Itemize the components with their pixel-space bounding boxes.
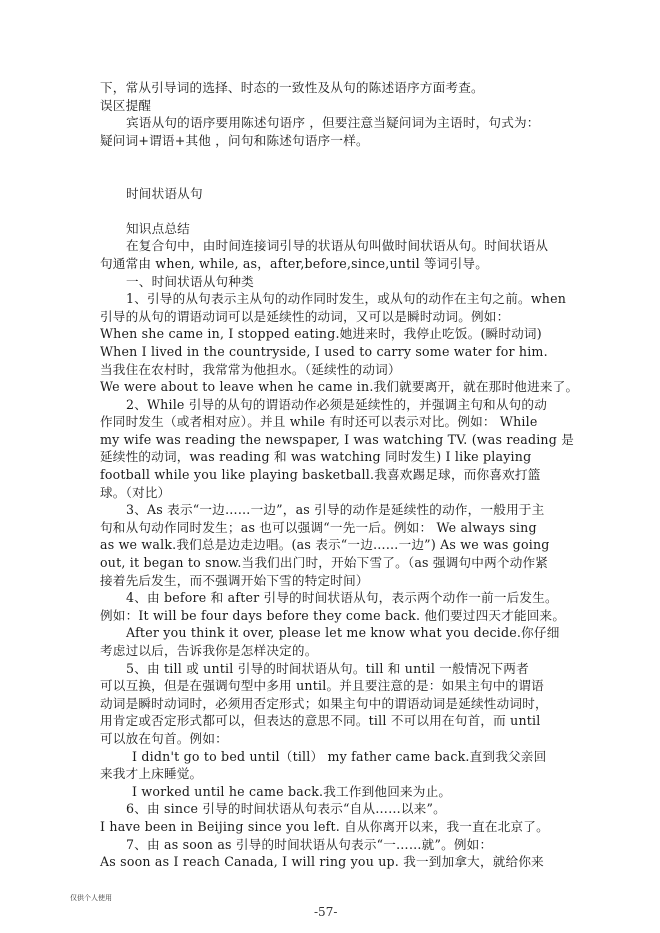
text-line: 3、As 表示“一边……一边”，as 引导的动作是延续性的动作，一般用于主 (100, 501, 570, 519)
text-line: We were about to leave when he came in.我… (100, 378, 570, 396)
text-line: out, it began to snow.当我们出门时，开始下雪了。（as 强… (100, 554, 570, 572)
text-line: 作同时发生（或者相对应）。并且 while 有时还可以表示对比。例如： Whil… (100, 413, 570, 431)
text-line: 误区提醒 (100, 97, 570, 115)
text-line: 2、While 引导的从句的谓语动作必须是延续性的，并强调主句和从句的动 (100, 396, 570, 414)
text-line: 疑问词+谓语+其他 ，问句和陈述句语序一样。 (100, 132, 570, 150)
text-line: 可以互换，但是在强调句型中多用 until。并且要注意的是：如果主句中的谓语 (100, 677, 570, 695)
text-line: 在复合句中，由时间连接词引导的状语从句叫做时间状语从句。时间状语从 (100, 237, 570, 255)
text-line: 动词是瞬时动词时，必须用否定形式；如果主句中的谓语动词是延续性动词时， (100, 695, 570, 713)
text-line: my wife was reading the newspaper, I was… (100, 431, 570, 449)
text-line: 引导的从句的谓语动词可以是延续性的动词，又可以是瞬时动词。例如： (100, 308, 570, 326)
text-line: 宾语从句的语序要用陈述句语序 ，但要注意当疑问词为主语时，句式为： (100, 114, 570, 132)
text-line: 延续性的动词，was reading 和 was watching 同时发生) … (100, 448, 570, 466)
text-line: 一、时间状语从句种类 (100, 273, 570, 291)
text-line: 例如：It will be four days before they come… (100, 607, 570, 625)
text-line: 知识点总结 (100, 220, 570, 238)
text-line: As soon as I reach Canada, I will ring y… (100, 853, 570, 871)
text-line: I worked until he came back.我工作到他回来为止。 (100, 783, 570, 801)
footer-note: 仅供个人使用 (70, 893, 112, 903)
text-line: 5、由 till 或 until 引导的时间状语从句。till 和 until … (100, 660, 570, 678)
text-line: After you think it over, please let me k… (100, 624, 570, 642)
text-line: 句和从句动作同时发生；as 也可以强调“一先一后。例如： We always s… (100, 519, 570, 537)
text-line: 接着先后发生，而不强调开始下雪的特定时间） (100, 572, 570, 590)
text-line: 下，常从引导词的选择、时态的一致性及从句的陈述语序方面考查。 (100, 79, 570, 97)
text-line: 6、由 since 引导的时间状语从句表示“自从……以来”。 (100, 800, 570, 818)
text-line: 当我住在农村时，我常常为他担水。（延续性的动词） (100, 361, 570, 379)
text-line: 时间状语从句 (100, 185, 570, 203)
text-line: as we walk.我们总是边走边唱。(as 表示“一边……一边”) As w… (100, 536, 570, 554)
document-body: 下，常从引导词的选择、时态的一致性及从句的陈述语序方面考查。误区提醒宾语从句的语… (100, 79, 570, 871)
text-line: 句通常由 when, while, as，after,before,since,… (100, 255, 570, 273)
text-line: When she came in, I stopped eating.她进来时，… (100, 325, 570, 343)
text-line: 考虑过以后，告诉我你是怎样决定的。 (100, 642, 570, 660)
text-line: I have been in Beijing since you left. 自… (100, 818, 570, 836)
blank-line (100, 167, 570, 185)
text-line: 1、引导的从句表示主从句的动作同时发生，或从句的动作在主句之前。when (100, 290, 570, 308)
page-number: -57- (314, 905, 337, 919)
text-line: football while you like playing basketba… (100, 466, 570, 484)
text-line: When I lived in the countryside, I used … (100, 343, 570, 361)
text-line: 4、由 before 和 after 引导的时间状语从句，表示两个动作一前一后发… (100, 589, 570, 607)
text-line: 7、由 as soon as 引导的时间状语从句表示“一……就”。例如： (100, 836, 570, 854)
text-line: I didn't go to bed until（till） my father… (100, 748, 570, 766)
blank-line (100, 149, 570, 167)
text-line: 球。（对比） (100, 484, 570, 502)
text-line: 可以放在句首。例如： (100, 730, 570, 748)
text-line: 来我才上床睡觉。 (100, 765, 570, 783)
blank-line (100, 202, 570, 220)
text-line: 用肯定或否定形式都可以，但表达的意思不同。till 不可以用在句首，而 unti… (100, 712, 570, 730)
